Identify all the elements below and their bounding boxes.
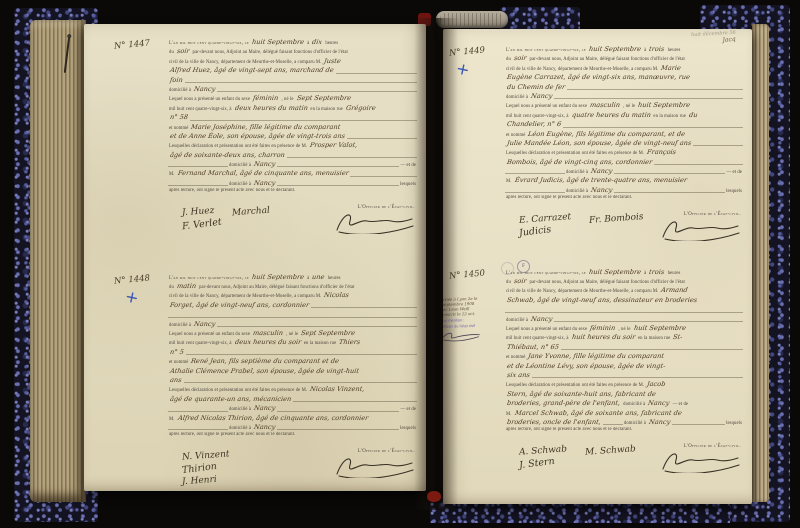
record-line: après lecture, ont signé le présent acte… — [505, 427, 743, 436]
handwritten-text: n° 5 — [169, 348, 184, 356]
signature-block: N. VinzentThirionJ. HenriL'Officier de l… — [168, 447, 417, 491]
record-line: domicilié àNancy — [505, 92, 743, 101]
printed-text: en la maison rue — [309, 107, 343, 112]
signature: Thirion — [181, 461, 217, 476]
record-line: Lesquelles déclaration et présentation o… — [505, 380, 743, 389]
officer-block: L'Officier de l'État-civil. — [287, 203, 415, 249]
handwritten-text: Armand — [661, 286, 689, 294]
handwritten-text: trois — [649, 268, 665, 276]
printed-text: M. — [168, 417, 176, 422]
ruled-line — [168, 166, 228, 167]
record-line: L'an mil huit cent quatre-vingt-six, leh… — [505, 45, 743, 54]
ruled-line — [336, 73, 417, 74]
signature: J. Henri — [182, 474, 217, 486]
record-line: mil huit cent quatre-vingt-six, àdeux he… — [168, 104, 417, 113]
record-line: domicilié àNancylesquels — [505, 186, 743, 195]
right-page-content: N° 1449L'an mil huit cent quatre-vingt-s… — [443, 29, 752, 504]
printed-text: après lecture, ont signé le présent acte… — [505, 195, 633, 200]
signature: A. Schwab — [519, 444, 568, 457]
book-photo: N° 1447L'an mil huit cent quatre-vingt-s… — [0, 0, 800, 528]
printed-text: par-devant nous, Adjoint au Maire, délég… — [198, 285, 355, 290]
record-line: du Chemin de fer — [505, 83, 743, 92]
record-line: Stern, âgé de soixante-huit ans, fabrica… — [505, 390, 743, 399]
handwritten-text: huit Septembre — [252, 38, 305, 46]
printed-text: du — [505, 57, 512, 62]
record-line: civil de la ville de Nancy, département … — [505, 64, 743, 73]
officer-signature — [659, 217, 741, 246]
handwritten-text: Nicolas Vinzent, — [310, 385, 366, 393]
handwritten-text: soir — [513, 54, 527, 62]
printed-text: lesquels — [399, 426, 417, 431]
handwritten-text: féminin — [253, 94, 279, 102]
printed-text: et nommé — [168, 360, 189, 365]
printed-text: domicilié à — [565, 189, 589, 194]
ruled-line — [614, 173, 725, 174]
printed-text: à — [306, 41, 310, 46]
ruled-line — [168, 185, 228, 186]
birth-record: N° 1450FMariée à Lyon 2e le4 septembre 1… — [443, 268, 752, 488]
record-line: M.Fernand Marchal, âgé de cinquante ans,… — [168, 169, 417, 178]
ruled-line — [505, 173, 565, 174]
printed-text: par-devant nous, Adjoint au Maire, délég… — [192, 50, 349, 55]
signature: E. Carrazet — [519, 212, 572, 226]
record-line: Thiébaut, n° 65 — [505, 343, 743, 352]
record-line: broderies, oncle de l'enfant,domicilié à… — [505, 418, 743, 427]
printed-text: domicilié à — [505, 318, 529, 323]
printed-text: Lesquelles déclaration et présentation o… — [505, 151, 645, 156]
handwritten-text: Bombois, âgé de vingt-cinq ans, cordonni… — [506, 158, 652, 166]
handwritten-text: Nancy — [194, 85, 216, 93]
printed-text: lesquels — [725, 421, 743, 426]
record-line: domicilié àNancy— et de — [168, 160, 417, 169]
officer-block: L'Officier de l'État-civil. — [644, 210, 741, 256]
left-page: N° 1447L'an mil huit cent quatre-vingt-s… — [84, 24, 426, 491]
ruled-line — [293, 401, 417, 402]
printed-text: après lecture, ont signé le présent acte… — [505, 427, 633, 432]
printed-text: L'an mil huit cent quatre-vingt-six, le — [505, 48, 587, 53]
officer-signature — [333, 210, 415, 239]
record-line: broderies, grand-père de l'enfant,domici… — [505, 399, 743, 408]
handwritten-text: deux heures du soir — [234, 338, 301, 346]
ruled-line — [185, 82, 417, 83]
signature-row: F. Verlet — [182, 219, 270, 230]
printed-text: , né le — [285, 332, 299, 337]
officer-block: L'Officier de l'État-civil. — [636, 442, 741, 488]
record-number: N° 1447 — [114, 38, 151, 51]
ruled-line — [554, 98, 743, 99]
handwritten-text: Forget, âgé de vingt-neuf ans, cordonnie… — [169, 301, 309, 309]
signature: F. Verlet — [181, 216, 222, 232]
printed-text: — et de — [672, 402, 690, 407]
ruled-line — [277, 166, 399, 167]
handwritten-text: ans — [169, 376, 182, 384]
printed-text: lesquels — [725, 189, 743, 194]
record-line: Julie Mandée Léon, son épouse, âgée de v… — [505, 139, 743, 148]
printed-text: , né le — [618, 327, 632, 332]
printed-text: — et de — [399, 163, 417, 168]
handwritten-text: Grégoire — [345, 104, 376, 112]
page-edges-left — [30, 20, 86, 502]
handwritten-text: François — [647, 148, 677, 156]
handwritten-text: huit Septembre — [589, 268, 642, 276]
witness-signatures: E. CarrazetFr. BomboisJudicis — [505, 210, 644, 256]
witness-signatures: A. SchwabM. SchwabJ. Stern — [505, 442, 636, 488]
printed-text: Lequel nous a présenté un enfant du sexe — [505, 104, 588, 109]
signature-row: A. SchwabM. Schwab — [519, 446, 636, 456]
handwritten-text: et de Anne Éole, son épouse, âgée de vin… — [169, 132, 345, 140]
record-line: mil huit cent quatre-vingt-six, àdeux he… — [168, 338, 417, 347]
handwritten-text: deux heures du matin — [234, 104, 308, 112]
record-line — [168, 310, 417, 319]
ruled-line — [277, 185, 399, 186]
handwritten-text: dix — [312, 38, 323, 46]
printed-text: civil de la ville de Nancy, département … — [168, 60, 322, 65]
handwritten-text: âgé de soixante-deux ans, charron — [169, 151, 285, 159]
printed-text: Lequel nous a présenté un enfant du sexe — [168, 97, 251, 102]
printed-text: L'an mil huit cent quatre-vingt-six, le — [168, 41, 250, 46]
witness-signatures: N. VinzentThirionJ. Henri — [168, 447, 230, 491]
pencil-annotation: huit décembre 56 Jacq — [691, 31, 736, 45]
printed-text: après lecture, ont signé le présent acte… — [168, 432, 296, 437]
printed-text: domicilié à — [623, 421, 647, 426]
printed-text: domicilié à — [622, 402, 646, 407]
record-line: après lecture, ont signé le présent acte… — [168, 432, 417, 441]
ruled-line — [505, 192, 565, 193]
handwritten-text: broderies, oncle de l'enfant, — [506, 418, 601, 426]
ruled-line — [693, 145, 743, 146]
printed-text: et nommé — [505, 355, 526, 360]
signature: M. Schwab — [585, 444, 636, 458]
record-line: M.Marcel Schwab, âgé de soixante ans, fa… — [505, 409, 743, 418]
record-line: Schwab, âgé de vingt-neuf ans, dessinate… — [505, 296, 743, 305]
ruled-line — [311, 307, 417, 308]
ruled-line — [168, 317, 417, 318]
handwritten-text: Nancy — [648, 418, 670, 426]
handwritten-text: huit Septembre — [252, 273, 305, 281]
record-line: M.Évrard Judicis, âgé de trente-quatre a… — [505, 176, 743, 185]
printed-text: M. — [505, 179, 513, 184]
red-bookmark-tip — [427, 491, 441, 502]
handwritten-text: Juste — [324, 57, 342, 65]
record-line: Athalie Clémence Prabel, son épouse, âgé… — [168, 367, 417, 376]
signature-block: J. HuezMarchalF. VerletL'Officier de l'É… — [168, 203, 417, 249]
record-line: âgé de soixante-deux ans, charron — [168, 151, 417, 160]
handwritten-text: âgé de quarante-un ans, mécanicien — [169, 395, 291, 403]
signature-row: N. Vinzent — [182, 451, 230, 461]
record-line: mil huit cent quatre-vingt-six, àquatre … — [505, 111, 743, 120]
signature-row: Judicis — [519, 226, 644, 237]
printed-text: par-devant nous, Adjoint au Maire, délég… — [529, 57, 686, 62]
record-line: L'an mil huit cent quatre-vingt-six, leh… — [168, 273, 417, 282]
record-line: Alfred Huez, âgé de vingt-sept ans, marc… — [168, 66, 417, 75]
record-line: mil huit cent quatre-vingt-six, àhuit he… — [505, 333, 743, 342]
record-line: civil de la ville de Nancy, département … — [168, 291, 417, 300]
record-line: n° 58 — [168, 113, 417, 122]
record-line: domicilié àNancylesquels — [168, 179, 417, 188]
printed-text: et nommé — [168, 126, 189, 131]
spine-headband — [436, 11, 508, 28]
record-line: après lecture, ont signé le présent acte… — [168, 188, 417, 197]
handwritten-text: huit heures du soir — [571, 333, 636, 341]
printed-text: du — [168, 285, 175, 290]
ruled-line — [186, 354, 417, 355]
handwritten-text: Nancy — [254, 179, 276, 187]
handwritten-text: Thiers — [339, 338, 361, 346]
signature-block: A. SchwabM. SchwabJ. SternL'Officier de … — [505, 442, 743, 488]
printed-text: civil de la ville de Nancy, département … — [505, 289, 659, 294]
record-number: N° 1448 — [114, 273, 151, 286]
handwritten-text: Athalie Clémence Prabel, son épouse, âgé… — [169, 367, 359, 375]
printed-text: à — [306, 276, 310, 281]
handwritten-text: St- — [673, 333, 684, 341]
record-line: domicilié àNancy— et de — [505, 167, 743, 176]
printed-text: en la maison rue — [652, 114, 686, 119]
record-line: civil de la ville de Nancy, département … — [505, 286, 743, 295]
blue-cross-mark — [124, 289, 139, 309]
handwritten-text: Nancy — [254, 423, 276, 431]
handwritten-text: masculin — [253, 329, 284, 337]
signature: Fr. Bombois — [589, 212, 644, 226]
printed-text: L'an mil huit cent quatre-vingt-six, le — [168, 276, 250, 281]
printed-text: mil huit cent quatre-vingt-six, à — [505, 114, 570, 119]
record-line: et de Léontine Lévy, son épouse, âgée de… — [505, 362, 743, 371]
handwritten-text: Nancy — [591, 167, 613, 175]
signature-row: Thirion — [182, 463, 230, 474]
printed-text: à — [643, 48, 647, 53]
printed-text: — et de — [399, 407, 417, 412]
handwritten-text: Marcel Schwab, âgé de soixante ans, fabr… — [514, 409, 682, 417]
record-line: ans — [168, 376, 417, 385]
record-line: et nomméMarie Joséphine, fille légitime … — [168, 123, 417, 132]
handwritten-text: Prosper Valot, — [310, 141, 358, 149]
record-line: âgé de quarante-un ans, mécanicien — [168, 395, 417, 404]
record-line: et nomméLéon Eugène, fils légitime du co… — [505, 130, 743, 139]
signature: N. Vinzent — [182, 449, 230, 462]
printed-text: Lequel nous a présenté un enfant du sexe — [168, 332, 251, 337]
ruled-line — [287, 157, 417, 158]
signature-row: J. Stern — [519, 458, 636, 469]
record-number: N° 1450 — [449, 268, 486, 281]
signature: Marchal — [232, 205, 271, 218]
ruled-line — [184, 382, 417, 383]
record-line: et de Anne Éole, son épouse, âgée de vin… — [168, 132, 417, 141]
handwritten-text: du — [688, 111, 698, 119]
record-line: foin — [168, 76, 417, 85]
ruled-line — [217, 91, 417, 92]
ruled-line — [505, 312, 743, 313]
ruled-line — [603, 424, 623, 425]
handwritten-text: n° 58 — [169, 113, 188, 121]
record-line: domicilié àNancy — [168, 320, 417, 329]
record-line: dumatinpar-devant nous, Adjoint au Maire… — [168, 282, 417, 291]
handwritten-text: et de Léontine Lévy, son épouse, âgée de… — [506, 362, 666, 370]
right-page: huit décembre 56 Jacq N° 1449L'an mil hu… — [443, 29, 752, 504]
record-line: Lesquelles déclaration et présentation o… — [168, 141, 417, 150]
ruled-line — [532, 377, 743, 378]
handwritten-text: Stern, âgé de soixante-huit ans, fabrica… — [506, 390, 656, 398]
handwritten-text: soir — [176, 47, 190, 55]
handwritten-text: Marie — [661, 64, 682, 72]
handwritten-text: foin — [169, 76, 183, 84]
handwritten-text: Nancy — [591, 186, 613, 194]
blue-cross-mark — [455, 61, 470, 81]
officer-signature — [333, 454, 415, 483]
record-line: Lequel nous a présenté un enfant du sexe… — [505, 324, 743, 333]
printed-text: Lesquelles déclaration et présentation o… — [168, 388, 308, 393]
ruled-line — [217, 326, 417, 327]
record-line: et nomméRené Jean, fils septième du comp… — [168, 357, 417, 366]
handwritten-text: René Jean, fils septième du comparant et… — [191, 357, 340, 365]
signature-block: E. CarrazetFr. BomboisJudicisL'Officier … — [505, 210, 743, 256]
printed-text: en la maison rue — [303, 341, 337, 346]
record-line — [505, 305, 743, 314]
printed-text: — et de — [725, 170, 743, 175]
ruled-line — [563, 127, 743, 128]
printed-text: heures — [667, 271, 682, 276]
handwritten-text: Chandelier, n° 6 — [506, 120, 561, 128]
record-line: après lecture, ont signé le présent acte… — [505, 195, 743, 204]
handwritten-text: Jane Yvonne, fille légitime du comparant — [528, 352, 665, 360]
printed-text: Lesquelles déclaration et présentation o… — [168, 144, 308, 149]
ruled-line — [168, 429, 228, 430]
handwritten-text: six ans — [506, 371, 530, 379]
printed-text: et nommé — [505, 133, 526, 138]
handwritten-text: une — [312, 273, 326, 281]
handwritten-text: Thiébaut, n° 65 — [506, 343, 559, 351]
officer-signature — [659, 449, 741, 478]
handwritten-text: Julie Mandée Léon, son épouse, âgée de v… — [506, 139, 691, 147]
record-line: dusoirpar-devant nous, Adjoint au Maire,… — [168, 47, 417, 56]
handwritten-text: Fernand Marchal, âgé de cinquante ans, m… — [177, 169, 349, 177]
handwritten-text: huit Septembre — [589, 45, 642, 53]
record-line: Lequel nous a présenté un enfant du sexe… — [168, 94, 417, 103]
ruled-line — [654, 164, 743, 165]
record-line: Bombois, âgé de vingt-cinq ans, cordonni… — [505, 158, 743, 167]
handwritten-text: Eugène Carrazet, âgé de vingt-six ans, m… — [506, 73, 690, 81]
printed-text: civil de la ville de Nancy, département … — [505, 67, 659, 72]
handwritten-text: Nancy — [254, 404, 276, 412]
printed-text: mil huit cent quatre-vingt-six, à — [505, 336, 570, 341]
record-line: domicilié àNancy— et de — [168, 404, 417, 413]
printed-text: domicilié à — [168, 323, 192, 328]
signature: J. Huez — [182, 206, 215, 218]
printed-text: domicilié à — [228, 407, 252, 412]
signature: J. Stern — [518, 456, 555, 471]
printed-text: Lesquelles déclaration et présentation o… — [505, 383, 645, 388]
birth-record: N° 1448L'an mil huit cent quatre-vingt-s… — [84, 273, 426, 491]
printed-text: M. — [168, 172, 176, 177]
officer-block: L'Officier de l'État-civil. — [287, 447, 415, 491]
printed-text: heures — [667, 48, 682, 53]
printed-text: lesquels — [399, 182, 417, 187]
signature: Judicis — [518, 224, 551, 239]
printed-text: heures — [327, 276, 342, 281]
ruled-line — [168, 411, 228, 412]
handwritten-text: trois — [649, 45, 665, 53]
printed-text: du — [168, 50, 175, 55]
handwritten-text: du Chemin de fer — [506, 83, 565, 91]
record-line: M.Alfred Nicolas Thirion, âgé de cinquan… — [168, 414, 417, 423]
record-line: L'an mil huit cent quatre-vingt-six, leh… — [168, 38, 417, 47]
handwritten-text: Alfred Nicolas Thirion, âgé de cinquante… — [177, 414, 368, 422]
record-line: Lesquelles déclaration et présentation o… — [505, 148, 743, 157]
printed-text: civil de la ville de Nancy, département … — [168, 294, 322, 299]
handwritten-text: Sept Septembre — [301, 329, 356, 337]
printed-text: par-devant nous, Adjoint au Maire, délég… — [529, 280, 686, 285]
printed-text: heures — [324, 41, 339, 46]
printed-text: domicilié à — [505, 95, 529, 100]
record-line: Eugène Carrazet, âgé de vingt-six ans, m… — [505, 73, 743, 82]
handwritten-text: Sept Septembre — [296, 94, 351, 102]
handwritten-text: Nancy — [648, 399, 670, 407]
signature-row: J. Henri — [182, 476, 230, 486]
margin-paraphe — [443, 327, 504, 347]
handwritten-text: Marie Joséphine, fille légitime du compa… — [191, 123, 341, 131]
ruled-line — [672, 424, 725, 425]
record-line: Lesquelles déclaration et présentation o… — [168, 385, 417, 394]
record-line: dusoirpar-devant nous, Adjoint au Maire,… — [505, 277, 743, 286]
page-edges-right — [752, 24, 769, 502]
signature-row: E. CarrazetFr. Bombois — [519, 214, 644, 224]
handwritten-text: Alfred Huez, âgé de vingt-sept ans, marc… — [169, 66, 334, 74]
record-line: Chandelier, n° 6 — [505, 120, 743, 129]
handwritten-text: Nancy — [531, 92, 553, 100]
printed-text: du — [505, 280, 512, 285]
printed-text: L'an mil huit cent quatre-vingt-six, le — [505, 271, 587, 276]
handwritten-text: matin — [176, 282, 196, 290]
handwritten-text: Évrard Judicis, âgé de trente-quatre ans… — [514, 176, 687, 184]
ruled-line — [277, 429, 399, 430]
handwritten-text: Jacob — [647, 380, 667, 388]
left-page-content: N° 1447L'an mil huit cent quatre-vingt-s… — [84, 24, 426, 491]
record-line: n° 5 — [168, 348, 417, 357]
birth-record: N° 1447L'an mil huit cent quatre-vingt-s… — [84, 38, 426, 249]
printed-text: mil huit cent quatre-vingt-six, à — [168, 341, 233, 346]
printed-text: , né le — [281, 97, 295, 102]
printed-text: après lecture, ont signé le présent acte… — [168, 188, 296, 193]
record-line: et nomméJane Yvonne, fille légitime du c… — [505, 352, 743, 361]
record-line: Lequel nous a présenté un enfant du sexe… — [168, 329, 417, 338]
printed-text: Lequel nous a présenté un enfant du sexe — [505, 327, 588, 332]
handwritten-text: huit Septembre — [633, 324, 686, 332]
ruled-line — [347, 138, 417, 139]
printed-text: à — [643, 271, 647, 276]
witness-signatures: J. HuezMarchalF. Verlet — [168, 203, 270, 249]
handwritten-text: Nicolas — [324, 291, 350, 299]
handwritten-text: féminin — [590, 324, 616, 332]
handwritten-text: Nancy — [194, 320, 216, 328]
ruled-line — [561, 349, 743, 350]
handwritten-text: broderies, grand-père de l'enfant, — [506, 399, 620, 407]
record-number: N° 1449 — [449, 45, 486, 58]
record-line: domicilié àNancy — [168, 85, 417, 94]
handwritten-text: Schwab, âgé de vingt-neuf ans, dessinate… — [506, 296, 697, 304]
handwritten-text: masculin — [590, 101, 621, 109]
printed-text: domicilié à — [228, 426, 252, 431]
ruled-line — [350, 176, 417, 177]
embossed-stamp — [501, 262, 514, 275]
ruled-line — [277, 411, 399, 412]
record-line: civil de la ville de Nancy, département … — [168, 57, 417, 66]
circular-stamp-f: F — [517, 260, 530, 273]
printed-text: domicilié à — [168, 88, 192, 93]
printed-text: domicilié à — [228, 182, 252, 187]
handwritten-text: Nancy — [254, 160, 276, 168]
ruled-line — [614, 192, 725, 193]
printed-text: domicilié à — [565, 170, 589, 175]
ruled-line — [190, 120, 417, 121]
handwritten-text: huit Septembre — [638, 101, 691, 109]
